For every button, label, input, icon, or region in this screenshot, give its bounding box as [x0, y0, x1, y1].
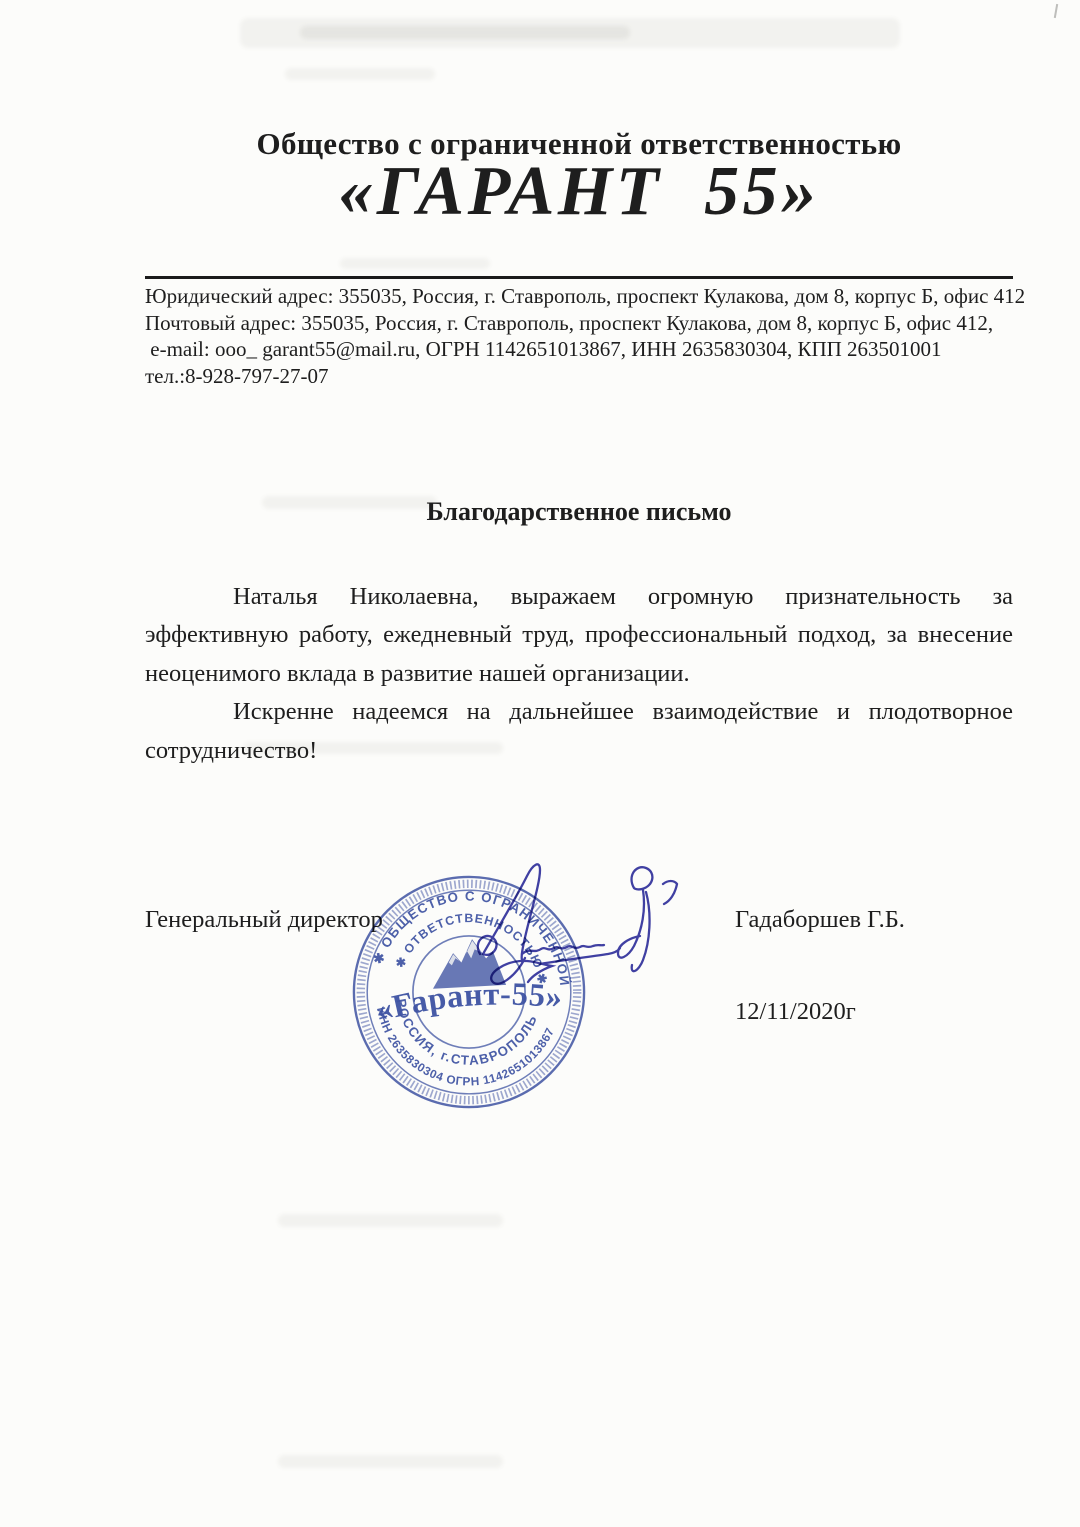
legal-address: Юридический адрес: 355035, Россия, г. Ст… — [145, 283, 1025, 310]
body-paragraph: Искренне надеемся на дальнейшее взаимоде… — [145, 693, 1013, 770]
handwritten-signature — [428, 852, 683, 1010]
scanned-letter-page: { "document": { "header": { "org_type": … — [0, 0, 1080, 1527]
scan-artifact — [300, 26, 630, 39]
body-paragraph: Наталья Николаевна, выражаем огромную пр… — [145, 578, 1013, 693]
signer-position: Генеральный директор — [145, 906, 383, 934]
scan-artifact — [278, 1214, 503, 1227]
contacts-block: Юридический адрес: 355035, Россия, г. Ст… — [145, 283, 1025, 389]
letter-date: 12/11/2020г — [735, 998, 856, 1026]
scan-artifact — [340, 258, 490, 269]
postal-address: Почтовый адрес: 355035, Россия, г. Ставр… — [145, 310, 1025, 337]
letter-body: Наталья Николаевна, выражаем огромную пр… — [145, 578, 1013, 770]
scan-artifact — [278, 1455, 503, 1468]
organization-name: «ГАРАНТ 55» — [145, 152, 1013, 232]
letter-title: Благодарственное письмо — [145, 497, 1013, 527]
email-ogrn-line: e-mail: ooo_ garant55@mail.ru, ОГРН 1142… — [145, 336, 1025, 363]
signer-name: Гадаборшев Г.Б. — [735, 906, 905, 934]
phone-line: тел.:8-928-797-27-07 — [145, 363, 1025, 390]
letterhead-divider — [145, 276, 1013, 279]
scan-artifact — [285, 68, 435, 80]
scan-artifact — [1054, 4, 1058, 18]
